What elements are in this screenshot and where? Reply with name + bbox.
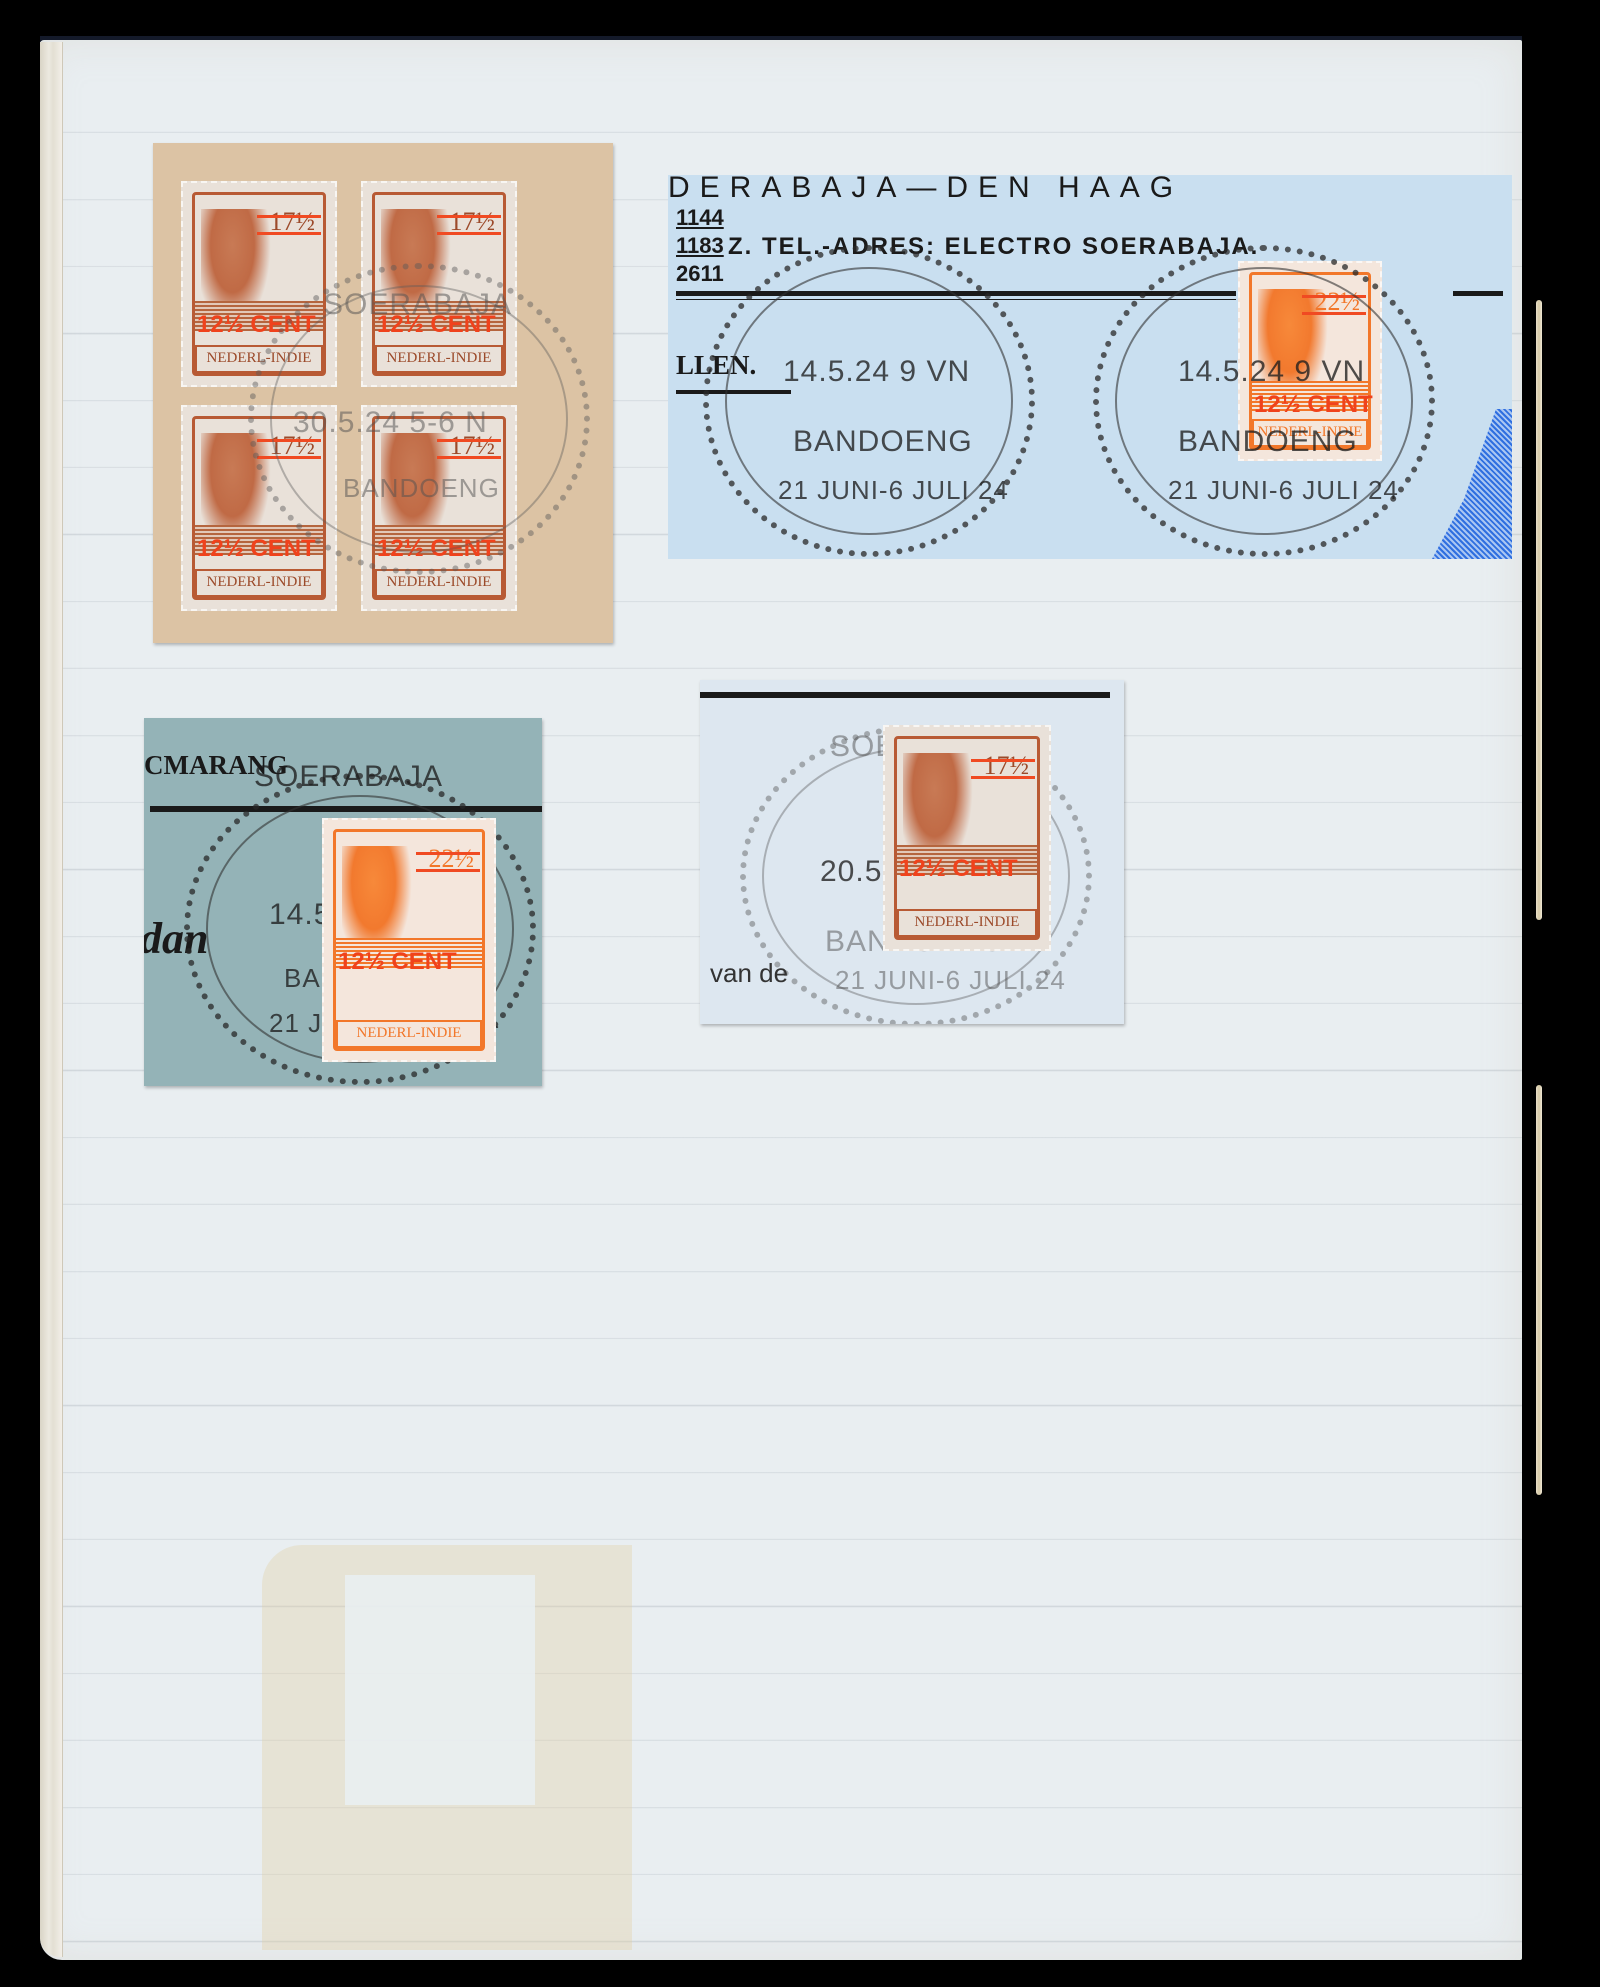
divider-rule bbox=[700, 692, 1110, 698]
postmark-town: BANDOENG bbox=[793, 425, 973, 459]
postmark-town: BANDOENG bbox=[1178, 425, 1358, 459]
postmark-town: SOERABAJA bbox=[323, 288, 512, 322]
phone-number: 1183 bbox=[676, 233, 724, 259]
teal-piece[interactable]: CMARANG dan SOERABAJA 14.5.24 BANDOENG 2… bbox=[144, 718, 542, 1086]
postmark-date: 30.5.24 5-6 N bbox=[293, 406, 488, 440]
postmark-town: SOERABAJA bbox=[254, 760, 443, 794]
stamp[interactable]: 17½ 12½ CENT NEDERL-INDIE bbox=[883, 725, 1051, 951]
text-fragment: van de bbox=[710, 958, 788, 989]
white-piece[interactable]: SOERABAJA 20.5.24 BANDOENG 21 JUNI-6 JUL… bbox=[700, 680, 1124, 1024]
surcharge: 12½ CENT bbox=[338, 948, 457, 976]
phone-number: 1144 bbox=[676, 205, 724, 231]
page-stack-edge bbox=[40, 42, 63, 1957]
country-name: NEDERL-INDIE bbox=[897, 909, 1037, 937]
postmark-date: 14.5.24 9 VN bbox=[783, 355, 970, 389]
phone-number: 2611 bbox=[676, 261, 724, 287]
surcharge: 12½ CENT bbox=[197, 535, 316, 563]
postmark-period: 21 JUNI-6 JULI 24 bbox=[1168, 475, 1399, 506]
stain-clean-area bbox=[345, 1575, 535, 1805]
postmark-date: 14.5.24 9 VN bbox=[1178, 355, 1365, 389]
postmark-period: 21 JUNI-6 JULI 24 bbox=[778, 475, 1009, 506]
postmark-lower: BANDOENG bbox=[343, 473, 500, 504]
page-crease-lower bbox=[1536, 1085, 1542, 1495]
letterhead-title: DERABAJA—DEN HAAG bbox=[668, 175, 1183, 205]
country-name: NEDERL-INDIE bbox=[336, 1020, 482, 1048]
postmark-period: 21 JUNI-6 JULI 24 bbox=[835, 965, 1066, 996]
stamp[interactable]: 22½ 12½ CENT NEDERL-INDIE bbox=[322, 818, 496, 1062]
envelope-lining-pattern bbox=[1432, 409, 1512, 559]
surcharge: 12½ CENT bbox=[899, 855, 1018, 883]
page-crease-upper bbox=[1536, 300, 1542, 920]
country-name: NEDERL-INDIE bbox=[195, 569, 323, 597]
postmark bbox=[1093, 245, 1435, 557]
block-of-four-piece[interactable]: 17½ 12½ CENT NEDERL-INDIE 17½ 12½ CENT N… bbox=[153, 143, 613, 643]
letterhead-piece[interactable]: DERABAJA—DEN HAAG 1144 1183 Z. TEL.-ADRE… bbox=[668, 175, 1512, 559]
postmark bbox=[703, 245, 1035, 557]
divider-rule bbox=[1453, 291, 1503, 296]
